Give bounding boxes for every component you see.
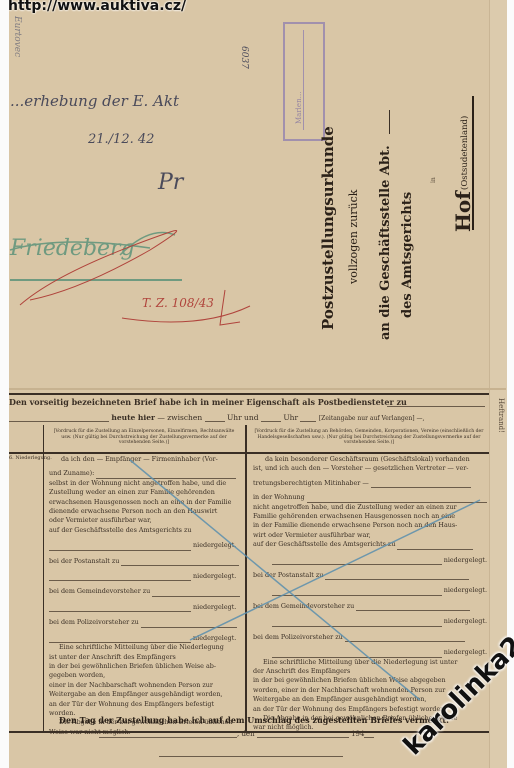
ink-overlays — [0, 0, 514, 768]
